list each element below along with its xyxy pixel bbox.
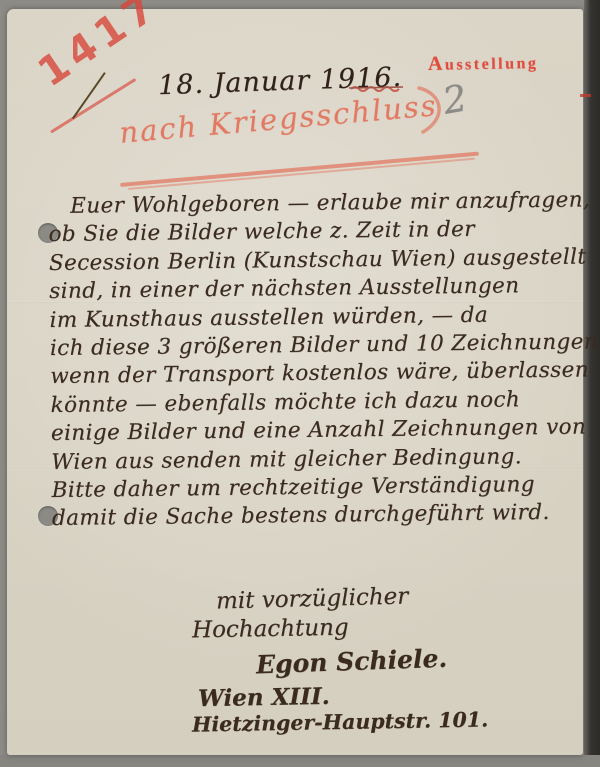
scan-dark-edge: [584, 0, 600, 767]
closing-salutation-line2: Hochachtung: [192, 615, 349, 644]
address-city-line: Wien XIII.: [198, 683, 330, 712]
letter-body-text: Euer Wohlgeboren — erlaube mir anzufrage…: [48, 187, 562, 534]
scanned-letter-page: 1417 18. Januar 1916. Ausstellung 2 nach…: [0, 0, 600, 767]
ausstellung-stamp: Ausstellung: [428, 51, 539, 76]
red-edge-tick: [580, 94, 591, 97]
scan-bottom-edge: [0, 755, 600, 767]
closing-salutation-line1: mit vorzüglicher: [216, 583, 409, 614]
